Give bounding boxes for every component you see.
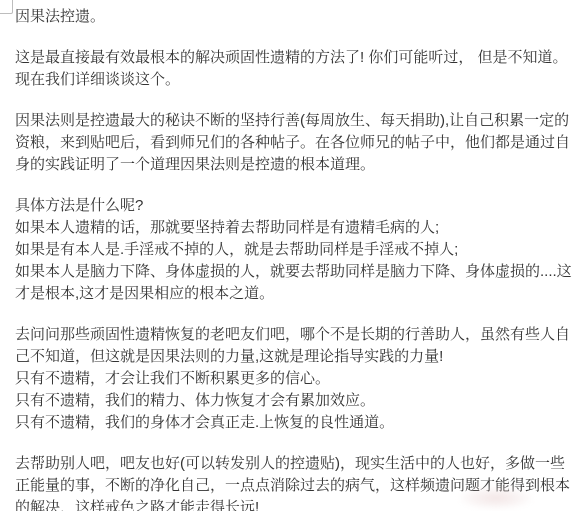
text-line: 只有不遗精，才会让我们不断积累更多的信心。 xyxy=(15,368,574,390)
paragraph-law: 因果法则是控遗最大的秘诀不断的坚持行善(每周放生、每天捐助),让自己积累一定的资… xyxy=(15,110,574,176)
text-line: 因果法控遗。 xyxy=(15,6,574,28)
text-line: 如果本人遗精的话，那就要坚持着去帮助同样是有遗精毛病的人; xyxy=(15,217,574,239)
text-line: 这是最直接最有效最根本的解决顽固性遗精的方法了! 你们可能听过， 但是不知道。现… xyxy=(15,47,574,91)
text-line: 具体方法是什么呢? xyxy=(15,195,574,217)
text-line: 因果法则是控遗最大的秘诀不断的坚持行善(每周放生、每天捐助),让自己积累一定的资… xyxy=(15,110,574,176)
paragraph-intro: 这是最直接最有效最根本的解决顽固性遗精的方法了! 你们可能听过， 但是不知道。现… xyxy=(15,47,574,91)
paragraph-title: 因果法控遗。 xyxy=(15,6,574,28)
paragraph-conclusion: 去帮助别人吧，吧友也好(可以转发别人的控遗贴)，现实生活中的人也好，多做一些正能… xyxy=(15,453,574,511)
text-line: 去问问那些顽固性遗精恢复的老吧友们吧，哪个不是长期的行善助人，虽然有些人自己不知… xyxy=(15,324,574,368)
document-page: 因果法控遗。 这是最直接最有效最根本的解决顽固性遗精的方法了! 你们可能听过， … xyxy=(0,0,580,511)
text-line: 去帮助别人吧，吧友也好(可以转发别人的控遗贴)，现实生活中的人也好，多做一些正能… xyxy=(15,453,574,511)
text-line: 只有不遗精，我们的精力、体力恢复才会有累加效应。 xyxy=(15,390,574,412)
text-line: 如果是有本人是.手淫戒不掉的人，就是去帮助同样是手淫戒不掉人; xyxy=(15,239,574,261)
text-line: 只有不遗精，我们的身体才会真正走.上恢复的良性通道。 xyxy=(15,412,574,434)
article-text: 因果法控遗。 这是最直接最有效最根本的解决顽固性遗精的方法了! 你们可能听过， … xyxy=(0,0,580,511)
paragraph-method: 具体方法是什么呢? 如果本人遗精的话，那就要坚持着去帮助同样是有遗精毛病的人; … xyxy=(15,195,574,305)
paragraph-benefits: 去问问那些顽固性遗精恢复的老吧友们吧，哪个不是长期的行善助人，虽然有些人自己不知… xyxy=(15,324,574,434)
text-line: 如果本人是脑力下降、身体虚损的人，就要去帮助同样是脑力下降、身体虚损的....这… xyxy=(15,261,574,305)
